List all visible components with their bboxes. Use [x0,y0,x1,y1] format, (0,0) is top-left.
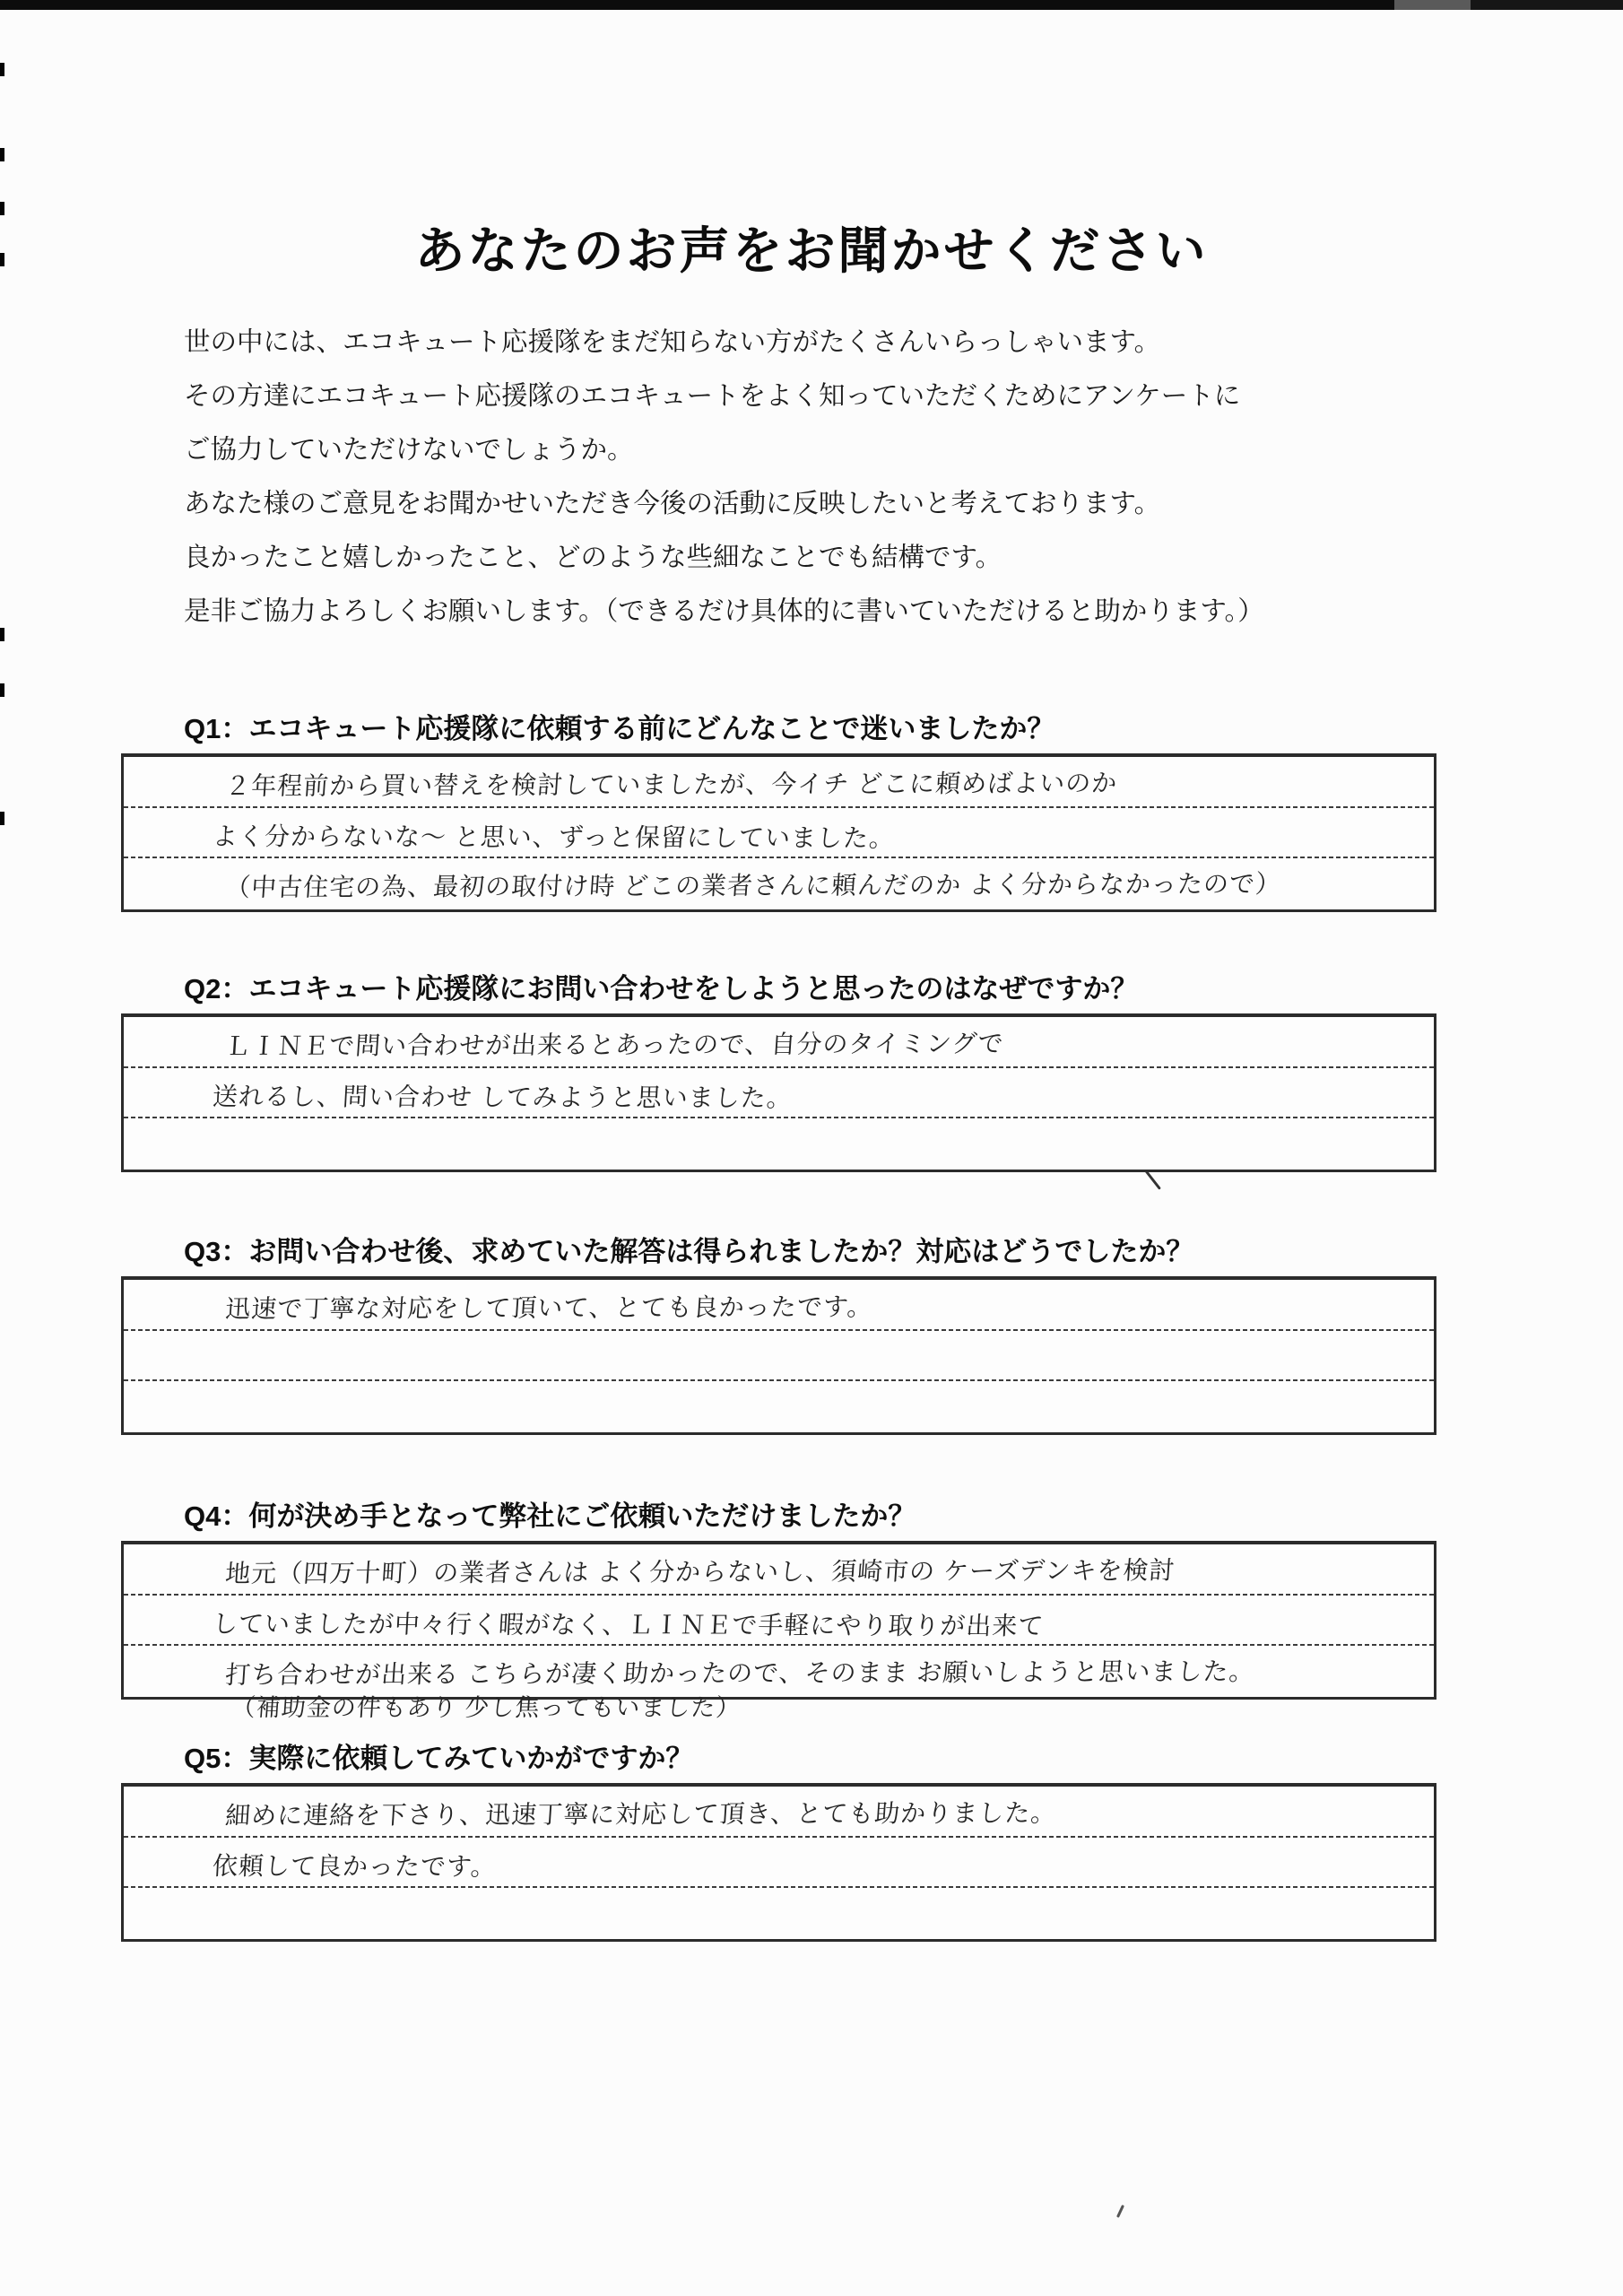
question-label-q4: Q4：何が決め手となって弊社にご依頼いただけましたか？ [184,1499,1436,1535]
scan-artifact-corner-mark [1116,2205,1124,2218]
scan-artifact [0,628,4,641]
answer-row [124,1381,1434,1432]
answer-row: 送れるし、問い合わせ してみようと思いました。 [124,1068,1434,1119]
question-block-q2: Q2：エコキュート応援隊にお問い合わせをしようと思ったのはなぜですか？ ＬＩＮＥ… [121,971,1436,1172]
question-block-q5: Q5：実際に依頼してみていかがですか？ 細めに連絡を下さり、迅速丁寧に対応して頂… [121,1741,1436,1942]
answer-row: 依頼して良かったです。 [124,1838,1434,1889]
handwritten-answer-line: 送れるし、問い合わせ してみようと思いました。 [212,1077,794,1115]
answer-row [124,1888,1434,1939]
answer-box-q2: ＬＩＮＥで問い合わせが出来るとあったので、自分のタイミングで 送れるし、問い合わ… [121,1013,1436,1172]
page-title: あなたのお声をお聞かせください [0,212,1623,283]
question-block-q4: Q4：何が決め手となって弊社にご依頼いただけましたか？ 地元（四万十町）の業者さ… [121,1499,1436,1700]
handwritten-note-below-q4: （補助金の件もあり 少し焦ってもいました） [230,1688,742,1723]
question-block-q1: Q1：エコキュート応援隊に依頼する前にどんなことで迷いましたか？ ２年程前から買… [121,711,1436,912]
question-block-q3: Q3：お問い合わせ後、求めていた解答は得られましたか？対応はどうでしたか？ 迅速… [121,1234,1436,1435]
answer-row: よく分からないな～ と思い、ずっと保留にしていました。 [124,808,1434,859]
handwritten-answer-line: ２年程前から買い替えを検討していましたが、今イチ どこに頼めばよいのか [224,763,1119,802]
handwritten-answer-line: （中古住宅の為、最初の取付け時 どこの業者さんに頼んだのか よく分からなかったの… [224,865,1283,904]
intro-paragraph: 世の中には、エコキュート応援隊をまだ知らない方がたくさんいらっしゃいます。 その… [184,316,1475,639]
intro-line: 良かったこと嬉しかったこと、どのような些細なことでも結構です。 [184,531,1475,585]
question-label-q3: Q3：お問い合わせ後、求めていた解答は得られましたか？対応はどうでしたか？ [184,1234,1436,1270]
intro-line: あなた様のご意見をお聞かせいただき今後の活動に反映したいと考えております。 [184,477,1475,531]
scan-artifact-top-band [0,0,1623,10]
scanned-survey-page: あなたのお声をお聞かせください 世の中には、エコキュート応援隊をまだ知らない方が… [0,0,1623,2296]
question-label-q2: Q2：エコキュート応援隊にお問い合わせをしようと思ったのはなぜですか？ [184,971,1436,1007]
scan-artifact [0,812,4,825]
scan-artifact [0,683,4,697]
scan-artifact [0,63,4,76]
handwritten-answer-line: よく分からないな～ と思い、ずっと保留にしていました。 [212,817,896,855]
handwritten-answer-line: ＬＩＮＥで問い合わせが出来るとあったので、自分のタイミングで [224,1024,1005,1063]
handwritten-answer-line: 打ち合わせが出来る こちらが凄く助かったので、そのまま お願いしようと思いました… [224,1652,1256,1692]
answer-row: 細めに連絡を下さり、迅速丁寧に対応して頂き、とても助かりました。 [124,1787,1434,1838]
answer-row [124,1331,1434,1382]
scan-artifact [0,148,4,161]
handwritten-answer-line: していましたが中々行く暇がなく、ＬＩＮＥで手軽にやり取りが出来て [212,1605,1046,1642]
answer-row: （中古住宅の為、最初の取付け時 どこの業者さんに頼んだのか よく分からなかったの… [124,858,1434,909]
answer-box-q1: ２年程前から買い替えを検討していましたが、今イチ どこに頼めばよいのか よく分か… [121,753,1436,912]
question-label-q1: Q1：エコキュート応援隊に依頼する前にどんなことで迷いましたか？ [184,711,1436,747]
handwritten-answer-line: 迅速で丁寧な対応をして頂いて、とても良かったです。 [224,1287,874,1326]
answer-box-q3: 迅速で丁寧な対応をして頂いて、とても良かったです。 [121,1276,1436,1435]
handwritten-answer-line: 細めに連絡を下さり、迅速丁寧に対応して頂き、とても助かりました。 [224,1793,1058,1831]
answer-box-q5: 細めに連絡を下さり、迅速丁寧に対応して頂き、とても助かりました。 依頼して良かっ… [121,1783,1436,1942]
intro-line: 世の中には、エコキュート応援隊をまだ知らない方がたくさんいらっしゃいます。 [184,316,1475,370]
answer-row: していましたが中々行く暇がなく、ＬＩＮＥで手軽にやり取りが出来て [124,1596,1434,1647]
answer-row: 迅速で丁寧な対応をして頂いて、とても良かったです。 [124,1280,1434,1331]
answer-box-q4: 地元（四万十町）の業者さんは よく分からないし、須崎市の ケーズデンキを検討 し… [121,1541,1436,1700]
handwritten-answer-line: 地元（四万十町）の業者さんは よく分からないし、須崎市の ケーズデンキを検討 [224,1551,1176,1590]
answer-row: 地元（四万十町）の業者さんは よく分からないし、須崎市の ケーズデンキを検討 [124,1544,1434,1596]
question-label-q5: Q5：実際に依頼してみていかがですか？ [184,1741,1436,1777]
handwritten-answer-line: 依頼して良かったです。 [212,1847,498,1883]
answer-row [124,1118,1434,1170]
intro-line: その方達にエコキュート応援隊のエコキュートをよく知っていただくためにアンケートに [184,370,1475,423]
intro-line: ご協力していただけないでしょうか。 [184,423,1475,477]
answer-row: ＬＩＮＥで問い合わせが出来るとあったので、自分のタイミングで [124,1017,1434,1068]
answer-row: ２年程前から買い替えを検討していましたが、今イチ どこに頼めばよいのか [124,757,1434,808]
intro-line: 是非ご協力よろしくお願いします。（できるだけ具体的に書いていただけると助かります… [184,585,1475,639]
